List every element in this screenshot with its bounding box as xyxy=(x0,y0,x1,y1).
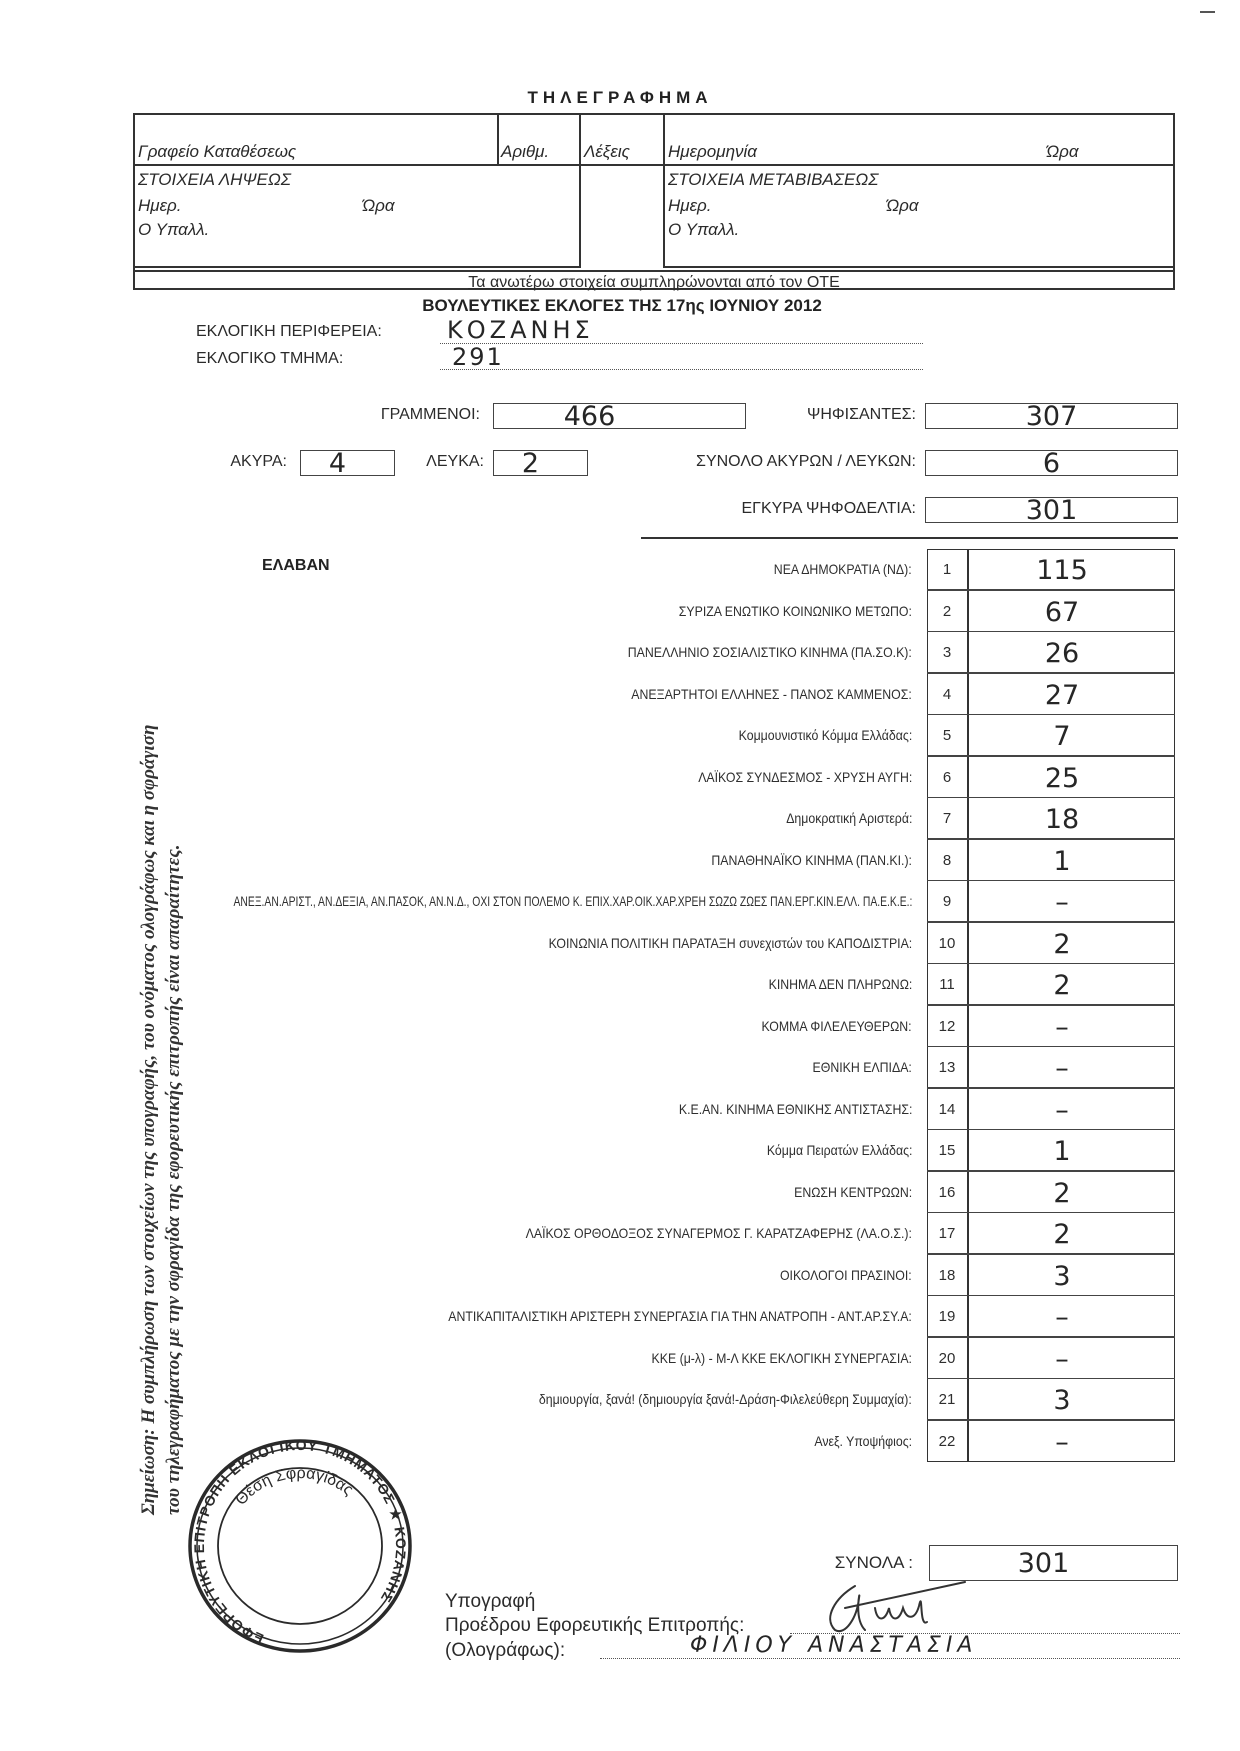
party-number: 19 xyxy=(927,1296,967,1338)
party-number: 20 xyxy=(927,1338,967,1380)
party-number: 17 xyxy=(927,1213,967,1255)
party-votes[interactable]: 2 xyxy=(967,1213,1157,1255)
party-votes[interactable]: – xyxy=(967,1421,1157,1463)
party-number: 5 xyxy=(927,715,967,757)
full-name-dotted-line xyxy=(600,1658,1180,1659)
party-name: ΣΥΡΙΖΑ ΕΝΩΤΙΚΟ ΚΟΙΝΩΝΙΚΟ ΜΕΤΩΠΟ: xyxy=(647,591,912,633)
district-value[interactable]: ΚΟΖΑΝΗΣ xyxy=(447,316,594,344)
signature-scribble xyxy=(815,1578,975,1638)
table-rule xyxy=(133,164,1175,166)
ote-note: Τα ανωτέρω στοιχεία συμπληρώνονται από τ… xyxy=(133,274,1175,292)
party-number: 1 xyxy=(927,549,967,591)
party-name: ΚΚΕ (μ-λ) - Μ-Λ ΚΚΕ ΕΚΛΟΓΙΚΗ ΣΥΝΕΡΓΑΣΙΑ: xyxy=(616,1338,912,1380)
party-votes[interactable]: 7 xyxy=(967,715,1157,757)
number-label: Αριθμ. xyxy=(501,142,549,162)
party-number: 11 xyxy=(927,964,967,1006)
table-rule xyxy=(663,113,665,268)
party-votes[interactable]: 2 xyxy=(967,923,1157,965)
party-name: Κόμμα Πειρατών Ελλάδας: xyxy=(747,1130,912,1172)
svg-text:Θέση Σφραγίδας: Θέση Σφραγίδας xyxy=(232,1465,356,1509)
side-note: Σημείωση: Η συμπλήρωση των στοιχείων της… xyxy=(136,525,188,1515)
valid-field[interactable]: 301 xyxy=(925,497,1178,523)
registered-label: ΓΡΑΜΜΕΝΟΙ: xyxy=(381,406,480,424)
party-number: 2 xyxy=(927,591,967,633)
party-votes[interactable]: 3 xyxy=(967,1379,1157,1421)
table-rule xyxy=(133,266,579,268)
voted-field[interactable]: 307 xyxy=(925,403,1178,429)
document-title: ΤΗΛΕΓΡΑΦΗΜΑ xyxy=(0,88,1240,108)
party-name: Κομμουνιστικό Κόμμα Ελλάδας: xyxy=(715,715,912,757)
party-name: Κ.Ε.ΑΝ. ΚΙΝΗΜΑ ΕΘΝΙΚΗΣ ΑΝΤΙΣΤΑΣΗΣ: xyxy=(647,1089,912,1131)
totals-label: ΣΥΝΟΛΑ : xyxy=(835,1553,913,1573)
blank-field[interactable]: 2 xyxy=(493,450,588,476)
telegram-form-page: ΤΗΛΕΓΡΑΦΗΜΑ Γραφείο Καταθέσεως Αριθμ. Λέ… xyxy=(0,0,1240,1751)
time-label: Ώρα xyxy=(1046,142,1079,162)
invalid-label: ΑΚΥΡΑ: xyxy=(230,453,287,471)
party-votes[interactable]: 67 xyxy=(967,591,1157,633)
party-votes[interactable]: – xyxy=(967,1006,1157,1048)
party-name: ΚΙΝΗΜΑ ΔΕΝ ΠΛΗΡΩΝΩ: xyxy=(749,964,912,1006)
party-votes[interactable]: – xyxy=(967,881,1157,923)
party-name: ΑΝΕΞΑΡΤΗΤΟΙ ΕΛΛΗΝΕΣ - ΠΑΝΟΣ ΚΑΜΜΕΝΟΣ: xyxy=(593,674,912,716)
party-name: ΕΘΝΙΚΗ ΕΛΠΙΔΑ: xyxy=(799,1047,912,1089)
words-label: Λέξεις xyxy=(584,142,630,162)
party-votes[interactable]: 26 xyxy=(967,632,1157,674)
polling-section-dotted-line xyxy=(440,369,923,370)
district-label: ΕΚΛΟΓΙΚΗ ΠΕΡΙΦΕΡΕΙΑ: xyxy=(196,323,382,341)
blank-label: ΛΕΥΚΑ: xyxy=(426,453,484,471)
party-number: 12 xyxy=(927,1006,967,1048)
party-votes[interactable]: 25 xyxy=(967,757,1157,799)
party-votes[interactable]: – xyxy=(967,1296,1157,1338)
reception-date-label: Ημερ. xyxy=(138,196,182,216)
party-name: ΑΝΤΙΚΑΠΙΤΑΛΙΣΤΙΚΗ ΑΡΙΣΤΕΡΗ ΣΥΝΕΡΓΑΣΙΑ ΓΙ… xyxy=(385,1296,912,1338)
invalid-blank-total-value: 6 xyxy=(1043,448,1060,479)
party-number: 8 xyxy=(927,840,967,882)
blank-value: 2 xyxy=(522,448,539,479)
official-stamp: ΕΦΟΡΕΥΤΙΚΗ ΕΠΙΤΡΟΠΗ ΕΚΛΟΓΙΚΟΥ ΤΜΗΜΑΤΟΣ ★… xyxy=(185,1436,415,1656)
party-name: ΚΟΜΜΑ ΦΙΛΕΛΕΥΘΕΡΩΝ: xyxy=(741,1006,912,1048)
polling-section-label: ΕΚΛΟΓΙΚΟ ΤΜΗΜΑ: xyxy=(196,350,343,368)
stamp-inner-text: Θέση Σφραγίδας xyxy=(232,1465,356,1509)
table-rule xyxy=(663,266,1175,268)
transmission-clerk-label: Ο Υπαλλ. xyxy=(668,220,739,240)
reception-clerk-label: Ο Υπαλλ. xyxy=(138,220,209,240)
party-number: 3 xyxy=(927,632,967,674)
totals-field[interactable]: 301 xyxy=(929,1545,1178,1581)
party-name: Δημοκρατική Αριστερά: xyxy=(769,798,912,840)
office-label: Γραφείο Καταθέσεως xyxy=(138,142,296,162)
party-votes[interactable]: – xyxy=(967,1338,1157,1380)
party-name: ΛΑΪΚΟΣ ΣΥΝΔΕΣΜΟΣ - ΧΡΥΣΗ ΑΥΓΗ: xyxy=(669,757,912,799)
party-number: 16 xyxy=(927,1172,967,1214)
side-note-line-1: Σημείωση: Η συμπλήρωση των στοιχείων της… xyxy=(136,525,161,1515)
party-number: 21 xyxy=(927,1379,967,1421)
totals-value: 301 xyxy=(1018,1548,1070,1579)
ote-header-table xyxy=(133,113,1175,290)
voted-label: ΨΗΦΙΣΑΝΤΕΣ: xyxy=(807,406,916,424)
party-number: 13 xyxy=(927,1047,967,1089)
side-note-lead: Σημείωση: Η xyxy=(138,1409,159,1515)
party-name: δημιουργία, ξανά! (δημιουργία ξανά!-Δράσ… xyxy=(488,1379,912,1421)
table-rule xyxy=(133,270,1175,272)
invalid-blank-total-label: ΣΥΝΟΛΟ ΑΚΥΡΩΝ / ΛΕΥΚΩΝ: xyxy=(696,453,916,471)
party-votes[interactable]: 2 xyxy=(967,1172,1157,1214)
transmission-time-label: Ώρα xyxy=(886,196,919,216)
table-rule xyxy=(497,113,499,165)
party-votes[interactable]: 1 xyxy=(967,840,1157,882)
party-name: Ανεξ. Υποψήφιος: xyxy=(801,1421,912,1463)
table-rule xyxy=(579,113,581,268)
party-name: ΠΑΝΑΘΗΝΑΪΚΟ ΚΙΝΗΜΑ (ΠΑΝ.ΚΙ.): xyxy=(684,840,912,882)
registered-field[interactable]: 466 xyxy=(493,403,746,429)
party-votes[interactable]: – xyxy=(967,1047,1157,1089)
valid-value: 301 xyxy=(1026,495,1078,526)
section-divider xyxy=(641,537,1178,539)
party-name: ΛΑΪΚΟΣ ΟΡΘΟΔΟΞΟΣ ΣΥΝΑΓΕΡΜΟΣ Γ. ΚΑΡΑΤΖΑΦΕ… xyxy=(473,1213,912,1255)
party-number: 9 xyxy=(927,881,967,923)
signature-label: Υπογραφή xyxy=(445,1591,535,1613)
party-votes[interactable]: – xyxy=(967,1089,1157,1131)
voted-value: 307 xyxy=(1026,401,1078,432)
reception-title: ΣΤΟΙΧΕΙΑ ΛΗΨΕΩΣ xyxy=(138,170,291,190)
party-number: 14 xyxy=(927,1089,967,1131)
party-votes[interactable]: 18 xyxy=(967,798,1157,840)
party-number: 6 xyxy=(927,757,967,799)
party-votes[interactable]: 3 xyxy=(967,1255,1157,1297)
scan-mark xyxy=(1200,11,1215,13)
party-name: ΠΑΝΕΛΛΗΝΙΟ ΣΟΣΙΑΛΙΣΤΙΚΟ ΚΙΝΗΜΑ (ΠΑ.ΣΟ.Κ)… xyxy=(589,632,912,674)
party-name: ΕΝΩΣΗ ΚΕΝΤΡΩΩΝ: xyxy=(778,1172,912,1214)
side-note-line-2: του τηλεγραφήματος με την σφραγίδα της ε… xyxy=(161,525,186,1515)
party-name: ΚΟΙΝΩΝΙΑ ΠΟΛΙΤΙΚΗ ΠΑΡΑΤΑΞΗ συνεχιστών το… xyxy=(499,923,912,965)
party-name: ΝΕΑ ΔΗΜΟΚΡΑΤΙΑ (ΝΔ): xyxy=(755,549,912,591)
invalid-blank-total-field[interactable]: 6 xyxy=(925,450,1178,476)
party-number: 15 xyxy=(927,1130,967,1172)
party-number: 22 xyxy=(927,1421,967,1463)
party-votes[interactable]: 1 xyxy=(967,1130,1157,1172)
party-votes[interactable]: 2 xyxy=(967,964,1157,1006)
election-title: ΒΟΥΛΕΥΤΙΚΕΣ ΕΚΛΟΓΕΣ ΤΗΣ 17ης ΙΟΥΝΙΟΥ 201… xyxy=(0,296,1240,316)
party-votes[interactable]: 27 xyxy=(967,674,1157,716)
party-name: ΟΙΚΟΛΟΓΟΙ ΠΡΑΣΙΝΟΙ: xyxy=(762,1255,912,1297)
transmission-title: ΣΤΟΙΧΕΙΑ ΜΕΤΑΒΙΒΑΣΕΩΣ xyxy=(668,170,878,190)
invalid-value: 4 xyxy=(329,448,346,479)
party-votes[interactable]: 115 xyxy=(967,549,1157,591)
date-label: Ημερομηνία xyxy=(668,142,757,162)
transmission-date-label: Ημερ. xyxy=(668,196,712,216)
reception-time-label: Ώρα xyxy=(362,196,395,216)
registered-value: 466 xyxy=(564,401,616,432)
full-name-label: (Ολογράφως): xyxy=(445,1640,565,1662)
polling-section-value[interactable]: 291 xyxy=(452,343,504,371)
party-number: 4 xyxy=(927,674,967,716)
party-number: 10 xyxy=(927,923,967,965)
party-number: 7 xyxy=(927,798,967,840)
invalid-field[interactable]: 4 xyxy=(300,450,395,476)
valid-label: ΕΓΚΥΡΑ ΨΗΦΟΔΕΛΤΙΑ: xyxy=(741,500,916,518)
party-number: 18 xyxy=(927,1255,967,1297)
